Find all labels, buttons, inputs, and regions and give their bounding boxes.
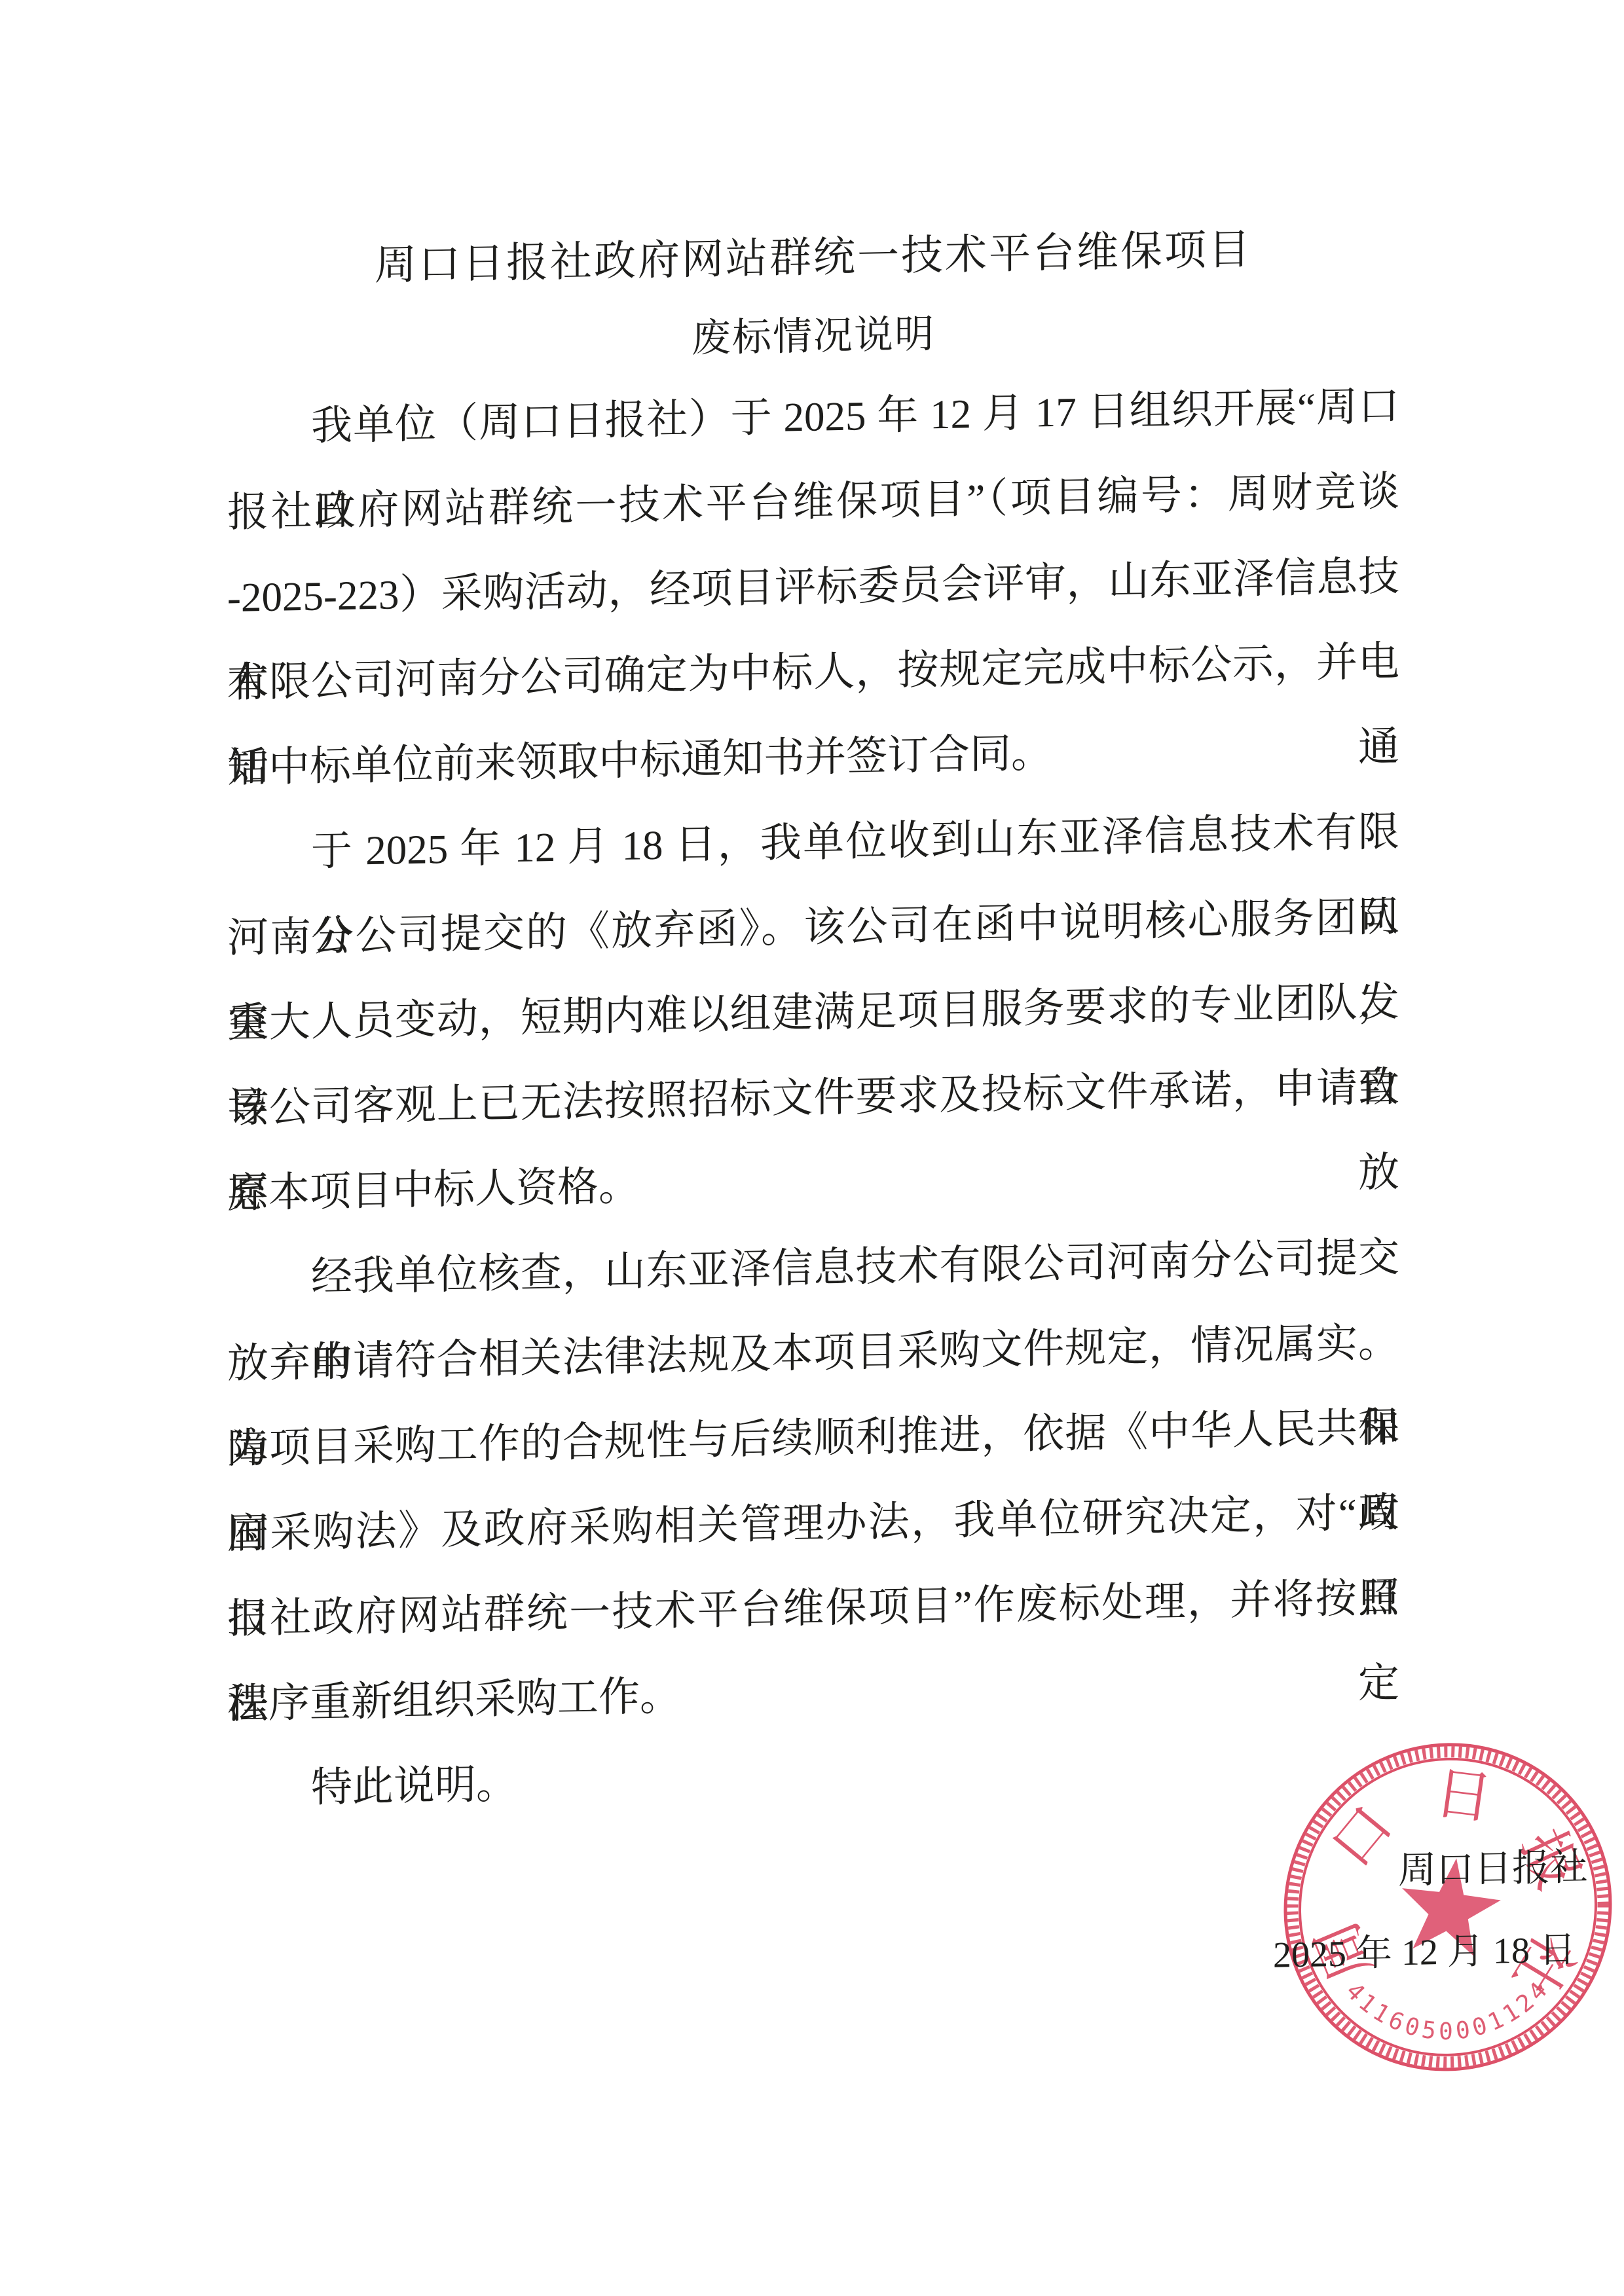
scanned-document-page: { "page": { "width": 2480, "height": 350… xyxy=(0,0,1624,2296)
document-body: 我单位（周口日报社）于 2025 年 12 月 17 日组织开展“周口日报社政府… xyxy=(227,363,1399,1832)
official-seal: 周口日报社 4116050001124 xyxy=(1264,1721,1624,2094)
document-sheet: 周口日报社政府网站群统一技术平台维保项目 废标情况说明 我单位（周口日报社）于 … xyxy=(0,0,1624,2296)
document-title: 周口日报社政府网站群统一技术平台维保项目 xyxy=(227,221,1399,295)
official-seal-graphic: 周口日报社 4116050001124 xyxy=(1264,1721,1624,2094)
signature: 周口日报社 xyxy=(1398,1848,1588,1889)
seal-character: 日 xyxy=(1430,1762,1496,1832)
signature-date: 2025 年 12 月 18 日 xyxy=(1273,1931,1576,1973)
document-subtitle: 废标情况说明 xyxy=(227,299,1399,373)
